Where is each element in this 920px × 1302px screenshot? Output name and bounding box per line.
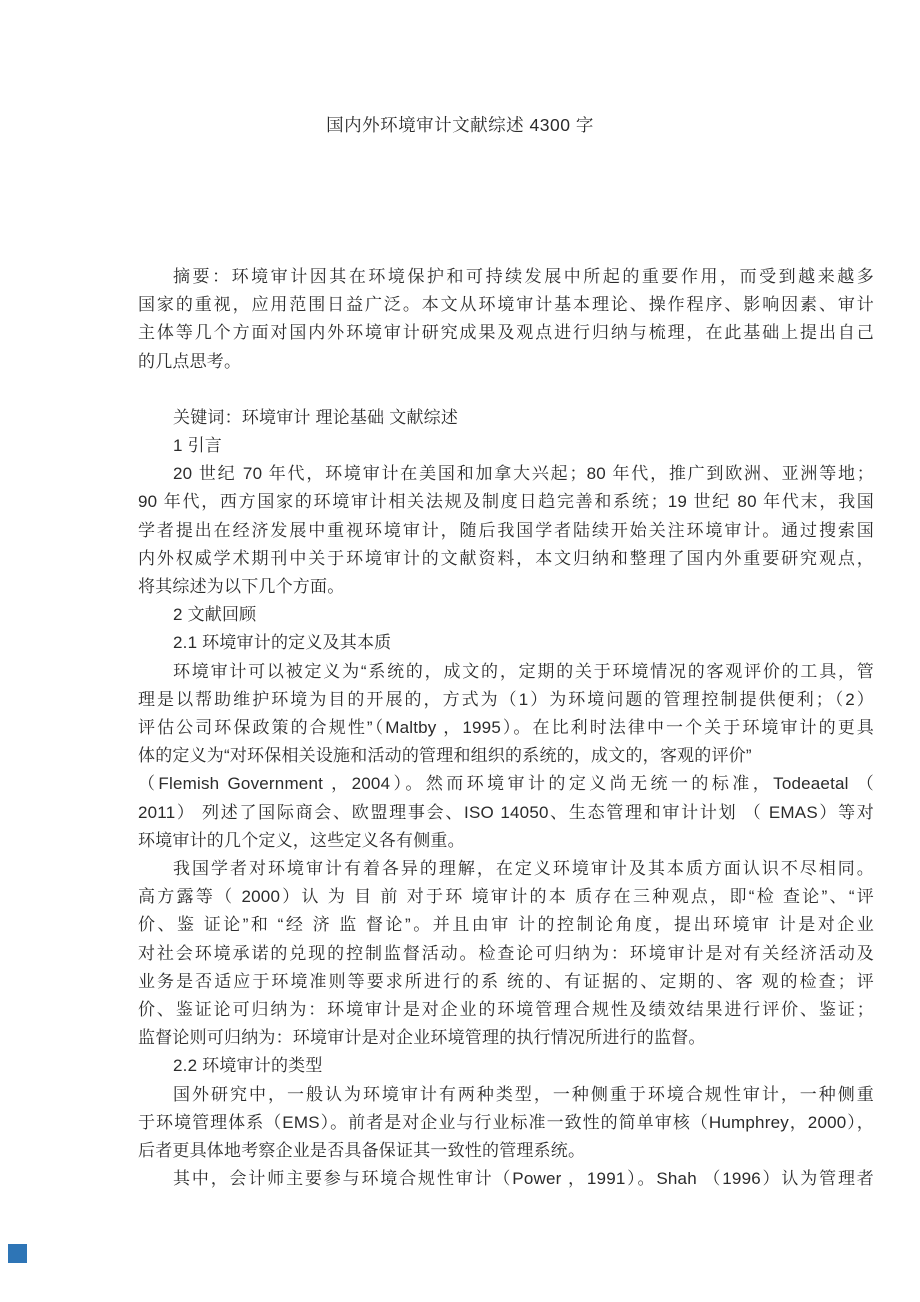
text-line: 我国学者对环境审计有着各异的理解，在定义环境审计及其本质方面认识不尽相同。 bbox=[138, 855, 874, 883]
text-line: 环境审计的几个定义，这些定义各有侧重。 bbox=[138, 827, 874, 855]
text-line: 将其综述为以下几个方面。 bbox=[138, 573, 874, 601]
text-line: 价、鉴证论可归纳为：环境审计是对企业的环境管理合规性及绩效结果进行评价、鉴证； bbox=[138, 996, 874, 1024]
text-line: 国外研究中，一般认为环境审计有两种类型，一种侧重于环境合规性审计，一种侧重 bbox=[138, 1081, 874, 1109]
text-line: 业务是否适应于环境准则等要求所进行的系 统的、有证据的、定期的、客 观的检查；评 bbox=[138, 968, 874, 996]
text-line: 价、鉴 证论”和 “经 济 监 督论”。并且由审 计的控制论角度，提出环境审 计… bbox=[138, 911, 874, 939]
text-line: 环境审计可以被定义为“系统的，成文的，定期的关于环境情况的客观评价的工具，管 bbox=[138, 658, 874, 686]
document-body: 摘要：环境审计因其在环境保护和可持续发展中所起的重要作用，而受到越来越多国家的重… bbox=[138, 263, 874, 1194]
text-line: 2.1 环境审计的定义及其本质 bbox=[138, 629, 874, 657]
text-line: 于环境管理体系（EMS）。前者是对企业与行业标准一致性的简单审核（Humphre… bbox=[138, 1109, 874, 1137]
text-line: 监督论则可归纳为：环境审计是对企业环境管理的执行情况所进行的监督。 bbox=[138, 1024, 874, 1052]
text-line: 的几点思考。 bbox=[138, 348, 874, 376]
text-line: 90 年代，西方国家的环境审计相关法规及制度日趋完善和系统；19 世纪 80 年… bbox=[138, 488, 874, 516]
text-line: 高方露等（ 2000）认 为 目 前 对于环 境审计的本 质存在三种观点，即“检… bbox=[138, 883, 874, 911]
text-line: 1 引言 bbox=[138, 432, 874, 460]
text-line: 学者提出在经济发展中重视环境审计，随后我国学者陆续开始关注环境审计。通过搜索国 bbox=[138, 517, 874, 545]
text-line: 评估公司环保政策的合规性”（Maltby ，1995）。在比利时法律中一个关于环… bbox=[138, 714, 874, 742]
text-line: 2.2 环境审计的类型 bbox=[138, 1052, 874, 1080]
document-title: 国内外环境审计文献综述 4300 字 bbox=[0, 112, 920, 137]
text-line: 内外权威学术期刊中关于环境审计的文献资料，本文归纳和整理了国内外重要研究观点， bbox=[138, 545, 874, 573]
text-line: 2011） 列述了国际商会、欧盟理事会、ISO 14050、生态管理和审计计划 … bbox=[138, 799, 874, 827]
text-line: 体的定义为“对环保相关设施和活动的管理和组织的系统的，成文的，客观的评价” bbox=[138, 742, 874, 770]
text-line: 主体等几个方面对国内外环境审计研究成果及观点进行归纳与梳理，在此基础上提出自己 bbox=[138, 319, 874, 347]
text-line: 后者更具体地考察企业是否具备保证其一致性的管理系统。 bbox=[138, 1137, 874, 1165]
text-line: 关键词：环境审计 理论基础 文献综述 bbox=[138, 404, 874, 432]
document-page: 国内外环境审计文献综述 4300 字 摘要：环境审计因其在环境保护和可持续发展中… bbox=[0, 0, 920, 1302]
text-line: 对社会环境承诺的兑现的控制监督活动。检查论可归纳为：环境审计是对有关经济活动及 bbox=[138, 940, 874, 968]
text-line: 20 世纪 70 年代，环境审计在美国和加拿大兴起；80 年代，推广到欧洲、亚洲… bbox=[138, 460, 874, 488]
text-line: 国家的重视，应用范围日益广泛。本文从环境审计基本理论、操作程序、影响因素、审计 bbox=[138, 291, 874, 319]
text-line: 2 文献回顾 bbox=[138, 601, 874, 629]
text-line: 摘要：环境审计因其在环境保护和可持续发展中所起的重要作用，而受到越来越多 bbox=[138, 263, 874, 291]
page-marker-icon bbox=[8, 1244, 27, 1263]
text-line: 理是以帮助维护环境为目的开展的，方式为（1）为环境问题的管理控制提供便利；（2） bbox=[138, 686, 874, 714]
text-line: 其中，会计师主要参与环境合规性审计（Power ，1991）。Shah （199… bbox=[138, 1165, 874, 1193]
text-line: （Flemish Government ，2004）。然而环境审计的定义尚无统一… bbox=[138, 770, 874, 798]
